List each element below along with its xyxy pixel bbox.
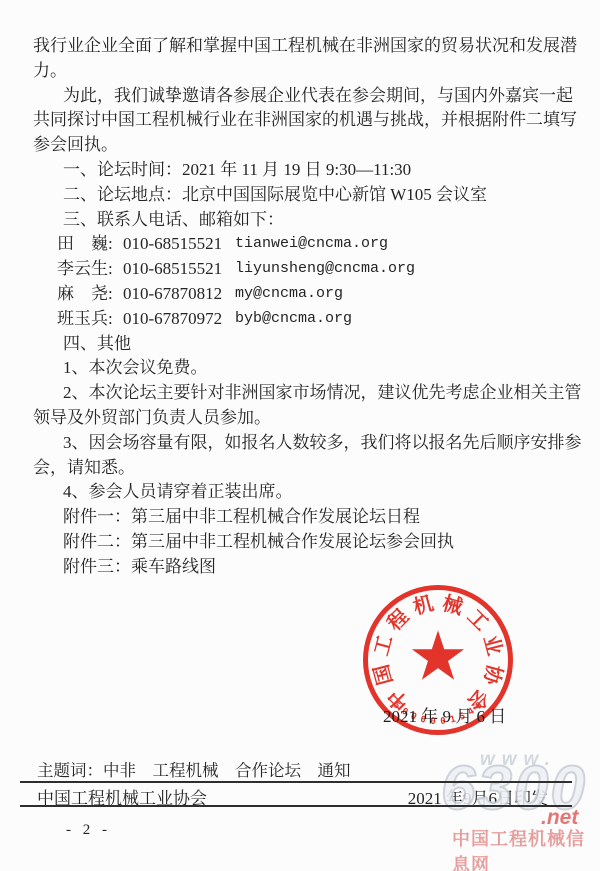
contact-email: tianwei@cncma.org <box>235 232 388 257</box>
subject-line: 主题词：中非 工程机械 合作论坛 通知 <box>37 757 351 781</box>
contact-phone: 010-67870972 <box>123 307 235 332</box>
contact-email: my@cncma.org <box>235 282 343 307</box>
contact-name: 李云生: <box>57 257 123 282</box>
intro-line-2: 力。 <box>33 59 563 84</box>
contact-row-liyunsheng: 李云生: 010-68515521 liyunsheng@cncma.org <box>33 257 563 282</box>
invite-line-1: 为此，我们诚挚邀请各参展企业代表在参会期间，与国内外嘉宾一起 <box>33 84 563 109</box>
contact-email: liyunsheng@cncma.org <box>235 257 415 282</box>
contact-phone: 010-68515521 <box>123 257 235 282</box>
contact-name: 田 巍: <box>57 232 123 257</box>
document-body: 我行业企业全面了解和掌握中国工程机械在非洲国家的贸易状况和发展潜 力。 为此，我… <box>33 34 563 580</box>
other-item-2-line-2: 领导及外贸部门负责人员参加。 <box>33 406 563 431</box>
contact-phone: 010-67870812 <box>123 282 235 307</box>
other-item-2-line-1: 2、本次论坛主要针对非洲国家市场情况，建议优先考虑企业相关主管 <box>33 381 563 406</box>
other-item-3-line-1: 3、因会场容量有限，如报名人数较多，我们将以报名先后顺序安排参 <box>33 431 563 456</box>
contact-row-banyubing: 班玉兵: 010-67870972 byb@cncma.org <box>33 307 563 332</box>
footer-rule-top <box>20 781 572 783</box>
contact-phone: 010-68515521 <box>123 232 235 257</box>
footer-rule-bottom <box>20 805 572 807</box>
watermark-site-name: 中国工程机械信息网 <box>452 825 600 871</box>
other-item-3-line-2: 会，请知悉。 <box>33 456 563 481</box>
invite-line-2: 共同探讨中国工程机械行业在非洲国家的机遇与挑战，并根据附件二填写 <box>33 108 563 133</box>
attachment-line-2: 附件二：第三届中非工程机械合作发展论坛参会回执 <box>33 530 563 555</box>
contact-row-mayao: 麻 尧: 010-67870812 my@cncma.org <box>33 282 563 307</box>
watermark-www-text: www. <box>480 749 557 771</box>
forum-location-line: 二、论坛地点：北京中国国际展览中心新馆 W105 会议室 <box>33 183 563 208</box>
invite-line-3: 参会回执。 <box>33 133 563 158</box>
contact-email: byb@cncma.org <box>235 307 352 332</box>
seal-date: 2021 年 9 月 6 日 <box>383 702 506 727</box>
other-item-1: 1、本次会议免费。 <box>33 356 563 381</box>
contacts-heading: 三、联系人电话、邮箱如下： <box>33 208 563 233</box>
attachment-line-3: 附件三：乘车路线图 <box>33 555 563 580</box>
other-heading: 四、其他 <box>33 332 563 357</box>
subject-label: 主题词： <box>37 761 103 780</box>
watermark-net-text: .net <box>541 806 578 830</box>
forum-time-line: 一、论坛时间：2021 年 11 月 19 日 9:30—11:30 <box>33 158 563 183</box>
subject-terms: 中非 工程机械 合作论坛 通知 <box>103 761 351 780</box>
contact-row-tianwei: 田 巍: 010-68515521 tianwei@cncma.org <box>33 232 563 257</box>
other-item-4: 4、参会人员请穿着正装出席。 <box>33 480 563 505</box>
contact-name: 班玉兵: <box>57 307 123 332</box>
contact-name: 麻 尧: <box>57 282 123 307</box>
page-number: - 2 - <box>66 822 111 839</box>
document-page: 我行业企业全面了解和掌握中国工程机械在非洲国家的贸易状况和发展潜 力。 为此，我… <box>0 0 600 871</box>
attachment-line-1: 附件一：第三届中非工程机械合作发展论坛日程 <box>33 505 563 530</box>
intro-line-1: 我行业企业全面了解和掌握中国工程机械在非洲国家的贸易状况和发展潜 <box>33 34 563 59</box>
seal-star-icon: ★ <box>408 623 469 691</box>
